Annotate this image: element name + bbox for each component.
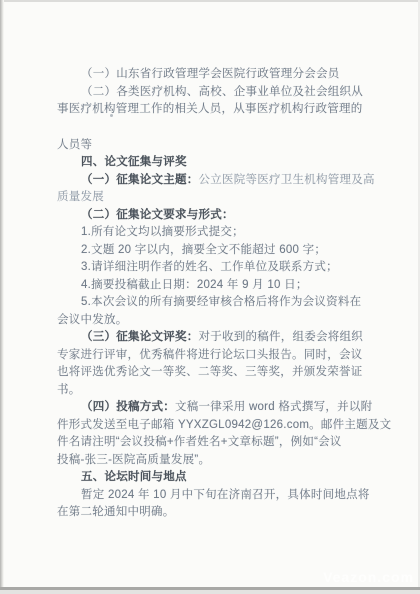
text-run: （一）山东省行政管理学会医院行政管理分会会员	[81, 68, 340, 80]
document-line: 1.所有论文均以摘要形式提交；	[57, 224, 373, 242]
document-line: 事医疗机构管理工作的相关人员，从事医疗机构行政管理的	[57, 101, 373, 119]
text-run: 专家进行评审，优秀稿件将进行论坛口头报告。同时，会议	[57, 349, 363, 361]
text-run: 5.本次会议的所有摘要经审核合格后将作为会议资料在	[81, 296, 361, 308]
document-line: 暂定 2024 年 10 月中下旬在济南召开，具体时间地点将	[57, 487, 373, 505]
text-run: 在第二轮通知中明确。	[57, 506, 175, 518]
document-line: （一）山东省行政管理学会医院行政管理分会会员	[57, 66, 373, 84]
document-line: （二）征集论文要求与形式：	[57, 207, 373, 225]
document-line: （三）征集论文评奖：对于收到的稿件，组委会将组织	[57, 329, 373, 347]
text-run: 2.文题 20 字以内，摘要全文不能超过 600 字；	[81, 244, 326, 256]
document-line: 件形式发送至电子邮箱 YYXZGL0942@126.com。邮件主题及文	[57, 417, 373, 435]
page-edge-left	[0, 0, 4, 594]
document-line: 5.本次会议的所有摘要经审核合格后将作为会议资料在	[57, 294, 373, 312]
document-line: 人员等	[57, 137, 373, 155]
text-run: 公立医院等医疗卫生机构管理及高	[199, 174, 375, 186]
text-run: 件形式发送至电子邮箱 YYXZGL0942@126.com。邮件主题及文	[57, 419, 391, 431]
document-line: （二）各类医疗机构、高校、企事业单位及社会组织从	[57, 84, 373, 102]
text-run: （二）各类医疗机构、高校、企事业单位及社会组织从	[81, 86, 363, 98]
document-line: 在第二轮通知中明确。	[57, 504, 373, 522]
document-line: 四、论文征集与评奖	[57, 154, 373, 172]
document-line: 书。	[57, 382, 373, 400]
text-run: 投稿-张三-医院高质量发展”。	[57, 454, 210, 466]
text-run: 3.请详细注明作者的姓名、工作单位及联系方式；	[81, 261, 338, 273]
bold-text-run: （一）征集论文主题：	[81, 174, 199, 186]
document-line: 五、论坛时间与地点	[57, 469, 373, 487]
text-run: 会议中发放。	[57, 314, 128, 326]
document-line: 会议中发放。	[57, 312, 373, 330]
document-line: 4.摘要投稿截止日期：2024 年 9 月 10 日；	[57, 277, 373, 295]
document-line: （四）投稿方式：文稿一律采用 word 格式撰写，并以附	[57, 399, 373, 417]
document-line: 也将评选优秀论文一等奖、二等奖、三等奖，并颁发荣誉证	[57, 364, 373, 382]
bold-text-run: （四）投稿方式：	[81, 401, 175, 413]
text-run: 1.所有论文均以摘要形式提交；	[81, 226, 244, 238]
document-line: 2.文题 20 字以内，摘要全文不能超过 600 字；	[57, 242, 373, 260]
text-run: 对于收到的稿件，组委会将组织	[199, 331, 364, 343]
text-run: 件名请注明“会议投稿+作者姓名+文章标题”，例如“会议	[57, 436, 342, 448]
page-edge-top	[0, 0, 420, 2]
document-line: 质量发展	[57, 189, 373, 207]
bold-text-run: 五、论坛时间与地点	[81, 471, 187, 483]
bold-text-run: （二）征集论文要求与形式：	[81, 209, 234, 221]
document-line: （一）征集论文主题：公立医院等医疗卫生机构管理及高	[57, 172, 373, 190]
text-run: 质量发展	[57, 191, 104, 203]
bold-text-run: 四、论文征集与评奖	[81, 156, 187, 168]
text-run: 4.摘要投稿截止日期：2024 年 9 月 10 日；	[81, 279, 308, 291]
text-run: 人员等	[57, 139, 92, 151]
page-edge-bottom	[0, 587, 420, 594]
document-line: 件名请注明“会议投稿+作者姓名+文章标题”，例如“会议	[57, 434, 373, 452]
document-line: 3.请详细注明作者的姓名、工作单位及联系方式；	[57, 259, 373, 277]
bold-text-run: （三）征集论文评奖：	[81, 331, 199, 343]
scanned-document-page: （一）山东省行政管理学会医院行政管理分会会员（二）各类医疗机构、高校、企事业单位…	[0, 0, 420, 594]
document-line: 专家进行评审，优秀稿件将进行论坛口头报告。同时，会议	[57, 347, 373, 365]
watermark-text: Veazon.com	[323, 569, 414, 585]
document-line: 投稿-张三-医院高质量发展”。	[57, 452, 373, 470]
document-body: （一）山东省行政管理学会医院行政管理分会会员（二）各类医疗机构、高校、企事业单位…	[57, 66, 373, 522]
text-run: 也将评选优秀论文一等奖、二等奖、三等奖，并颁发荣誉证	[57, 366, 363, 378]
text-run: 暂定 2024 年 10 月中下旬在济南召开，具体时间地点将	[81, 489, 370, 501]
text-run: 事医疗机构管理工作的相关人员，从事医疗机构行政管理的	[57, 103, 363, 115]
text-run: 文稿一律采用 word 格式撰写，并以附	[175, 401, 372, 413]
text-run: 书。	[57, 384, 81, 396]
